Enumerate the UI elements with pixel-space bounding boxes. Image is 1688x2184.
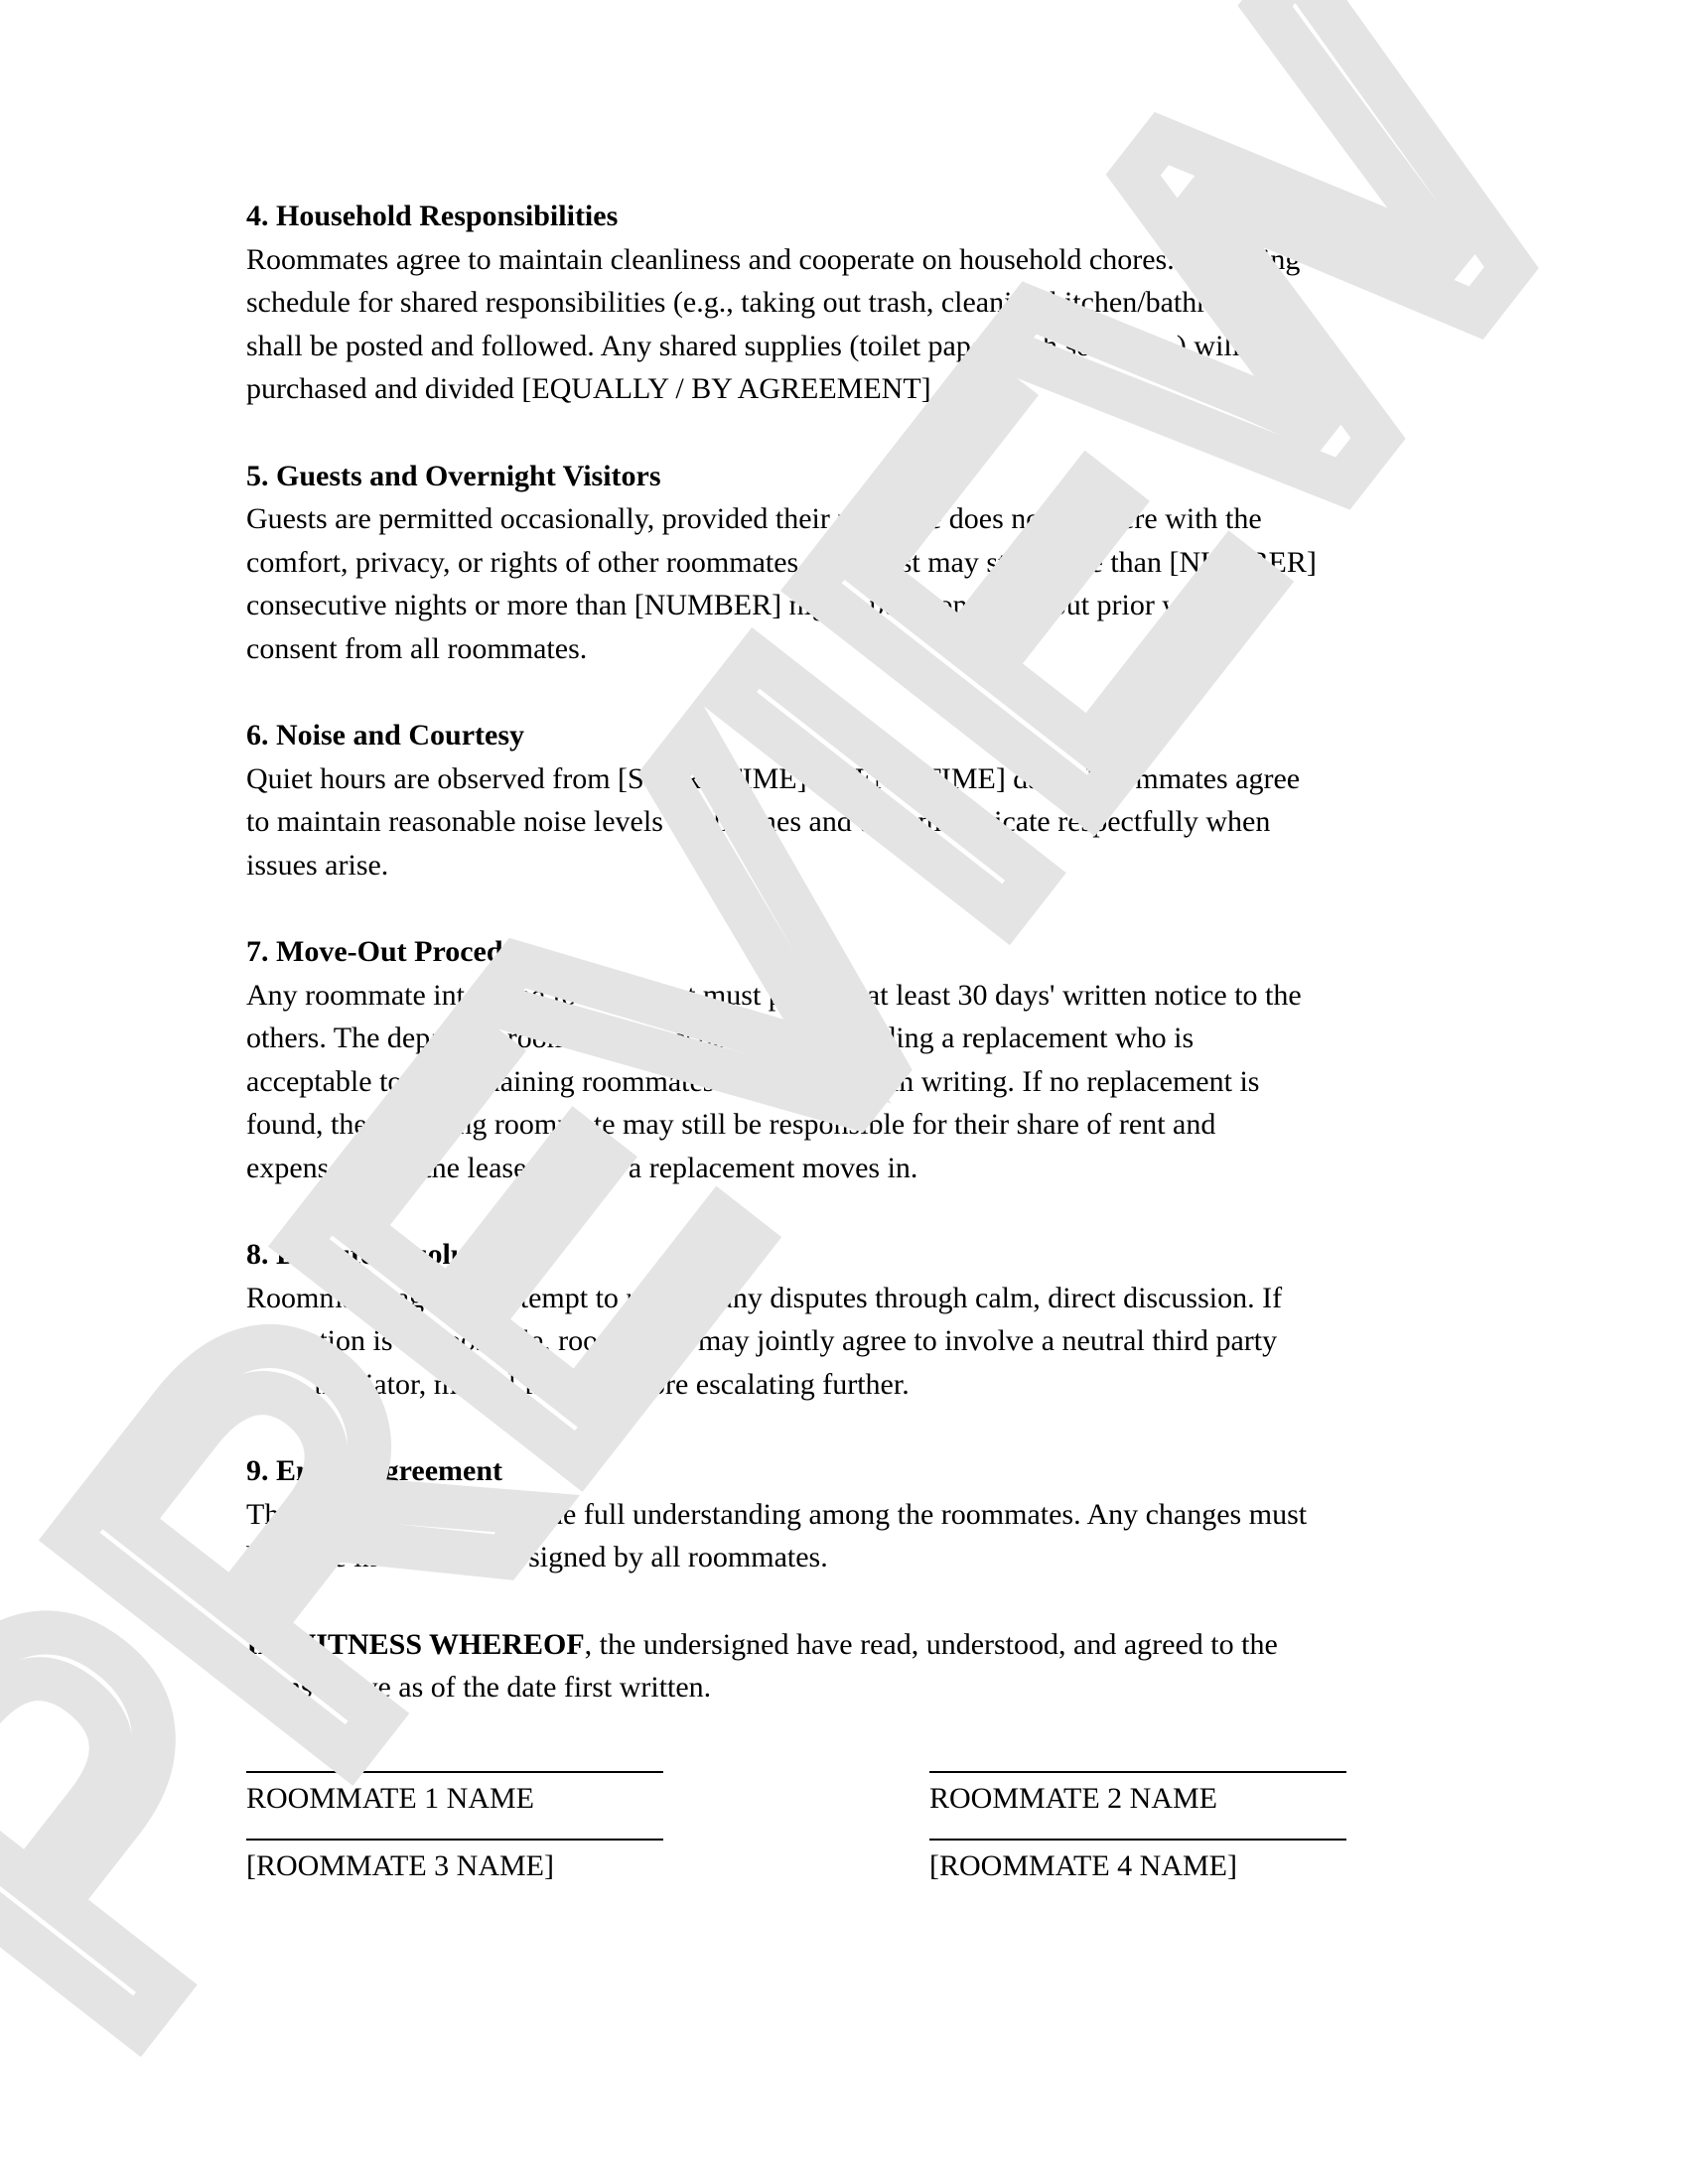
witness-bold: IN WITNESS WHEREOF: [246, 1628, 585, 1661]
section-heading: 5. Guests and Overnight Visitors: [246, 455, 1438, 498]
section-heading: 4. Household Responsibilities: [246, 195, 1438, 238]
witness-clause: IN WITNESS WHEREOF, the undersigned have…: [246, 1623, 1438, 1709]
section-text-line: schedule for shared responsibilities (e.…: [246, 281, 1438, 325]
signature-name: [ROOMMATE 3 NAME]: [246, 1848, 663, 1884]
section-entire-agreement: 9. Entire Agreement This Agreement refle…: [246, 1449, 1438, 1579]
section-heading: 8. Dispute Resolution: [246, 1233, 1438, 1277]
section-text-line: Any roommate intending to move out must …: [246, 974, 1438, 1018]
section-text-line: consecutive nights or more than [NUMBER]…: [246, 584, 1438, 627]
section-heading: 6. Noise and Courtesy: [246, 714, 1438, 757]
witness-text: terms above as of the date first written…: [246, 1666, 1438, 1709]
signature-name: [ROOMMATE 4 NAME]: [929, 1848, 1346, 1884]
section-text-line: This Agreement reflects the full underst…: [246, 1493, 1438, 1537]
section-text-line: Guests are permitted occasionally, provi…: [246, 497, 1438, 541]
signature-block: ROOMMATE 1 NAME ROOMMATE 2 NAME [ROOMMAT…: [246, 1771, 1438, 1884]
section-text-line: issues arise.: [246, 844, 1438, 887]
section-text-line: acceptable to the remaining roommates an…: [246, 1060, 1438, 1104]
signature-line: [929, 1771, 1346, 1773]
signature-roommate-3: [ROOMMATE 3 NAME]: [246, 1839, 663, 1884]
section-text-line: to maintain reasonable noise levels at a…: [246, 800, 1438, 844]
section-text-line: purchased and divided [EQUALLY / BY AGRE…: [246, 367, 1438, 411]
section-text-line: others. The departing roommate is respon…: [246, 1017, 1438, 1060]
section-dispute-resolution: 8. Dispute Resolution Roommates agree to…: [246, 1233, 1438, 1406]
signature-name: ROOMMATE 2 NAME: [929, 1781, 1346, 1817]
section-heading: 9. Entire Agreement: [246, 1449, 1438, 1493]
section-text-line: found, the departing roommate may still …: [246, 1103, 1438, 1147]
section-text-line: Roommates agree to attempt to resolve an…: [246, 1277, 1438, 1320]
signature-line: [246, 1771, 663, 1773]
signature-roommate-2: ROOMMATE 2 NAME: [929, 1771, 1346, 1817]
document-body: 4. Household Responsibilities Roommates …: [246, 195, 1438, 1884]
section-text-line: consent from all roommates.: [246, 627, 1438, 671]
section-text-line: (e.g., mediator, mutual friend) before e…: [246, 1363, 1438, 1407]
witness-text: , the undersigned have read, understood,…: [585, 1628, 1278, 1661]
section-text-line: expenses until the lease ends or a repla…: [246, 1147, 1438, 1190]
signature-line: [929, 1839, 1346, 1841]
section-noise: 6. Noise and Courtesy Quiet hours are ob…: [246, 714, 1438, 887]
signature-roommate-4: [ROOMMATE 4 NAME]: [929, 1839, 1346, 1884]
signature-line: [246, 1839, 663, 1841]
section-text-line: Quiet hours are observed from [START TIM…: [246, 757, 1438, 801]
section-text-line: be made in writing and signed by all roo…: [246, 1536, 1438, 1579]
section-household-responsibilities: 4. Household Responsibilities Roommates …: [246, 195, 1438, 411]
section-heading: 7. Move-Out Procedure: [246, 930, 1438, 974]
section-text-line: comfort, privacy, or rights of other roo…: [246, 541, 1438, 585]
section-text-line: shall be posted and followed. Any shared…: [246, 325, 1438, 368]
section-move-out: 7. Move-Out Procedure Any roommate inten…: [246, 930, 1438, 1189]
signature-name: ROOMMATE 1 NAME: [246, 1781, 663, 1817]
section-text-line: resolution is not possible, roommates ma…: [246, 1319, 1438, 1363]
signature-roommate-1: ROOMMATE 1 NAME: [246, 1771, 663, 1817]
section-text-line: Roommates agree to maintain cleanliness …: [246, 238, 1438, 282]
section-guests: 5. Guests and Overnight Visitors Guests …: [246, 455, 1438, 671]
